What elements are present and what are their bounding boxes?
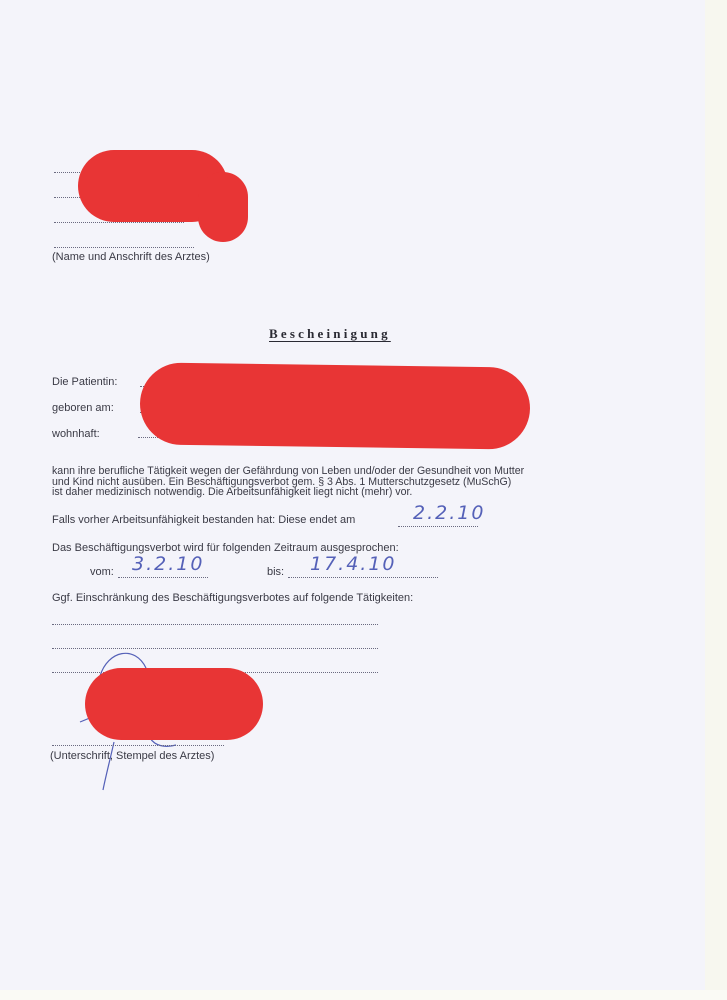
- signature-pen-strokes: [0, 0, 727, 1000]
- redaction-signature: [85, 668, 263, 740]
- signature-caption: (Unterschrift, Stempel des Arztes): [50, 750, 214, 762]
- signature-line: [52, 745, 224, 746]
